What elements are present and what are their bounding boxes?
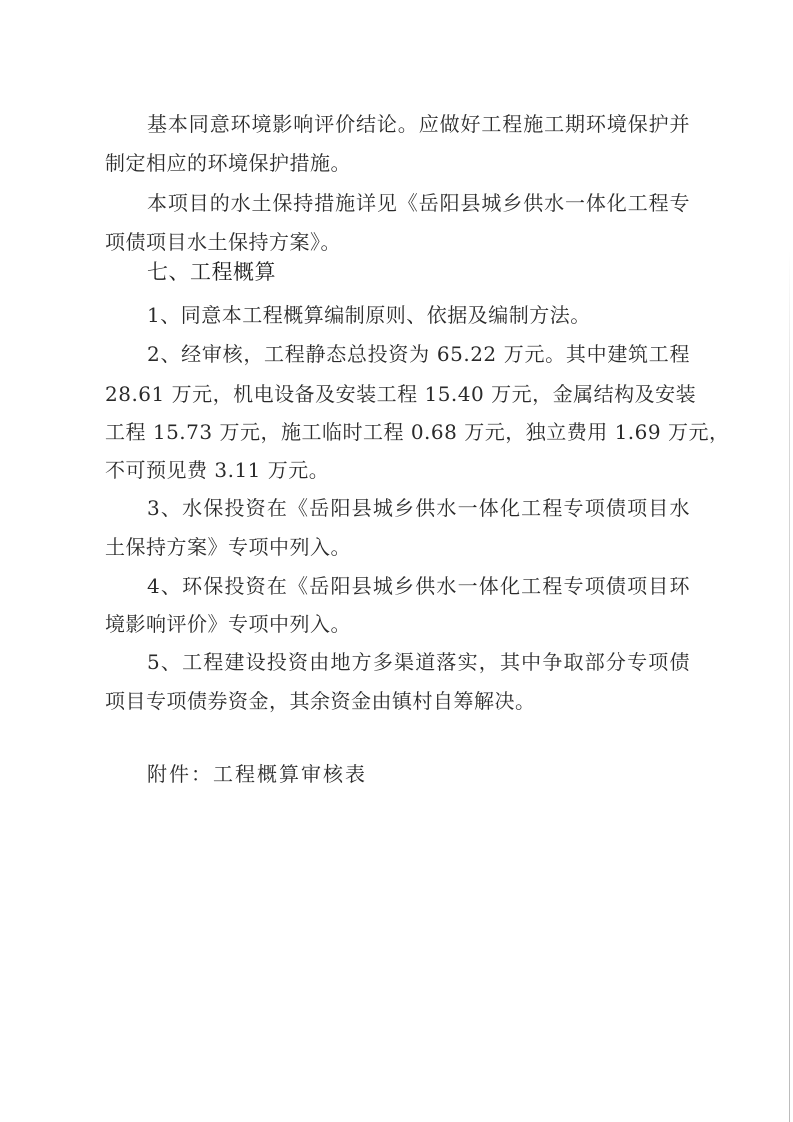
attachment-note: 附件：工程概算审核表 bbox=[147, 760, 367, 788]
budget-item-4-line-1: 4、环保投资在《岳阳县城乡供水一体化工程专项债项目环 bbox=[147, 572, 690, 600]
budget-item-2-line-1: 2、经审核，工程静态总投资为 65.22 万元。其中建筑工程 bbox=[147, 340, 690, 368]
budget-item-2-line-2: 28.61 万元，机电设备及安装工程 15.40 万元，金属结构及安装 bbox=[105, 380, 690, 408]
paragraph-soil-water-line-2: 项债项目水土保持方案》。 bbox=[105, 228, 690, 256]
paragraph-soil-water-line-1: 本项目的水土保持措施详见《岳阳县城乡供水一体化工程专 bbox=[147, 189, 690, 217]
budget-item-2-line-4: 不可预见费 3.11 万元。 bbox=[105, 456, 690, 484]
budget-item-1-line-1: 1、同意本工程概算编制原则、依据及编制方法。 bbox=[147, 301, 690, 329]
budget-item-2-line-3: 工程 15.73 万元，施工临时工程 0.68 万元，独立费用 1.69 万元， bbox=[105, 418, 690, 446]
paragraph-environment-line-2: 制定相应的环境保护措施。 bbox=[105, 149, 690, 177]
paragraph-environment-line-1: 基本同意环境影响评价结论。应做好工程施工期环境保护并 bbox=[147, 110, 690, 138]
budget-item-3-line-2: 土保持方案》专项中列入。 bbox=[105, 533, 690, 561]
section-heading-budget: 七、工程概算 bbox=[147, 257, 276, 287]
budget-item-3-line-1: 3、水保投资在《岳阳县城乡供水一体化工程专项债项目水 bbox=[147, 494, 690, 522]
budget-item-4-line-2: 境影响评价》专项中列入。 bbox=[105, 610, 690, 638]
budget-item-5-line-1: 5、工程建设投资由地方多渠道落实，其中争取部分专项债 bbox=[147, 648, 690, 676]
scan-edge-line bbox=[789, 250, 790, 1122]
budget-item-5-line-2: 项目专项债券资金，其余资金由镇村自筹解决。 bbox=[105, 687, 690, 715]
document-page: 基本同意环境影响评价结论。应做好工程施工期环境保护并 制定相应的环境保护措施。 … bbox=[0, 0, 793, 1122]
